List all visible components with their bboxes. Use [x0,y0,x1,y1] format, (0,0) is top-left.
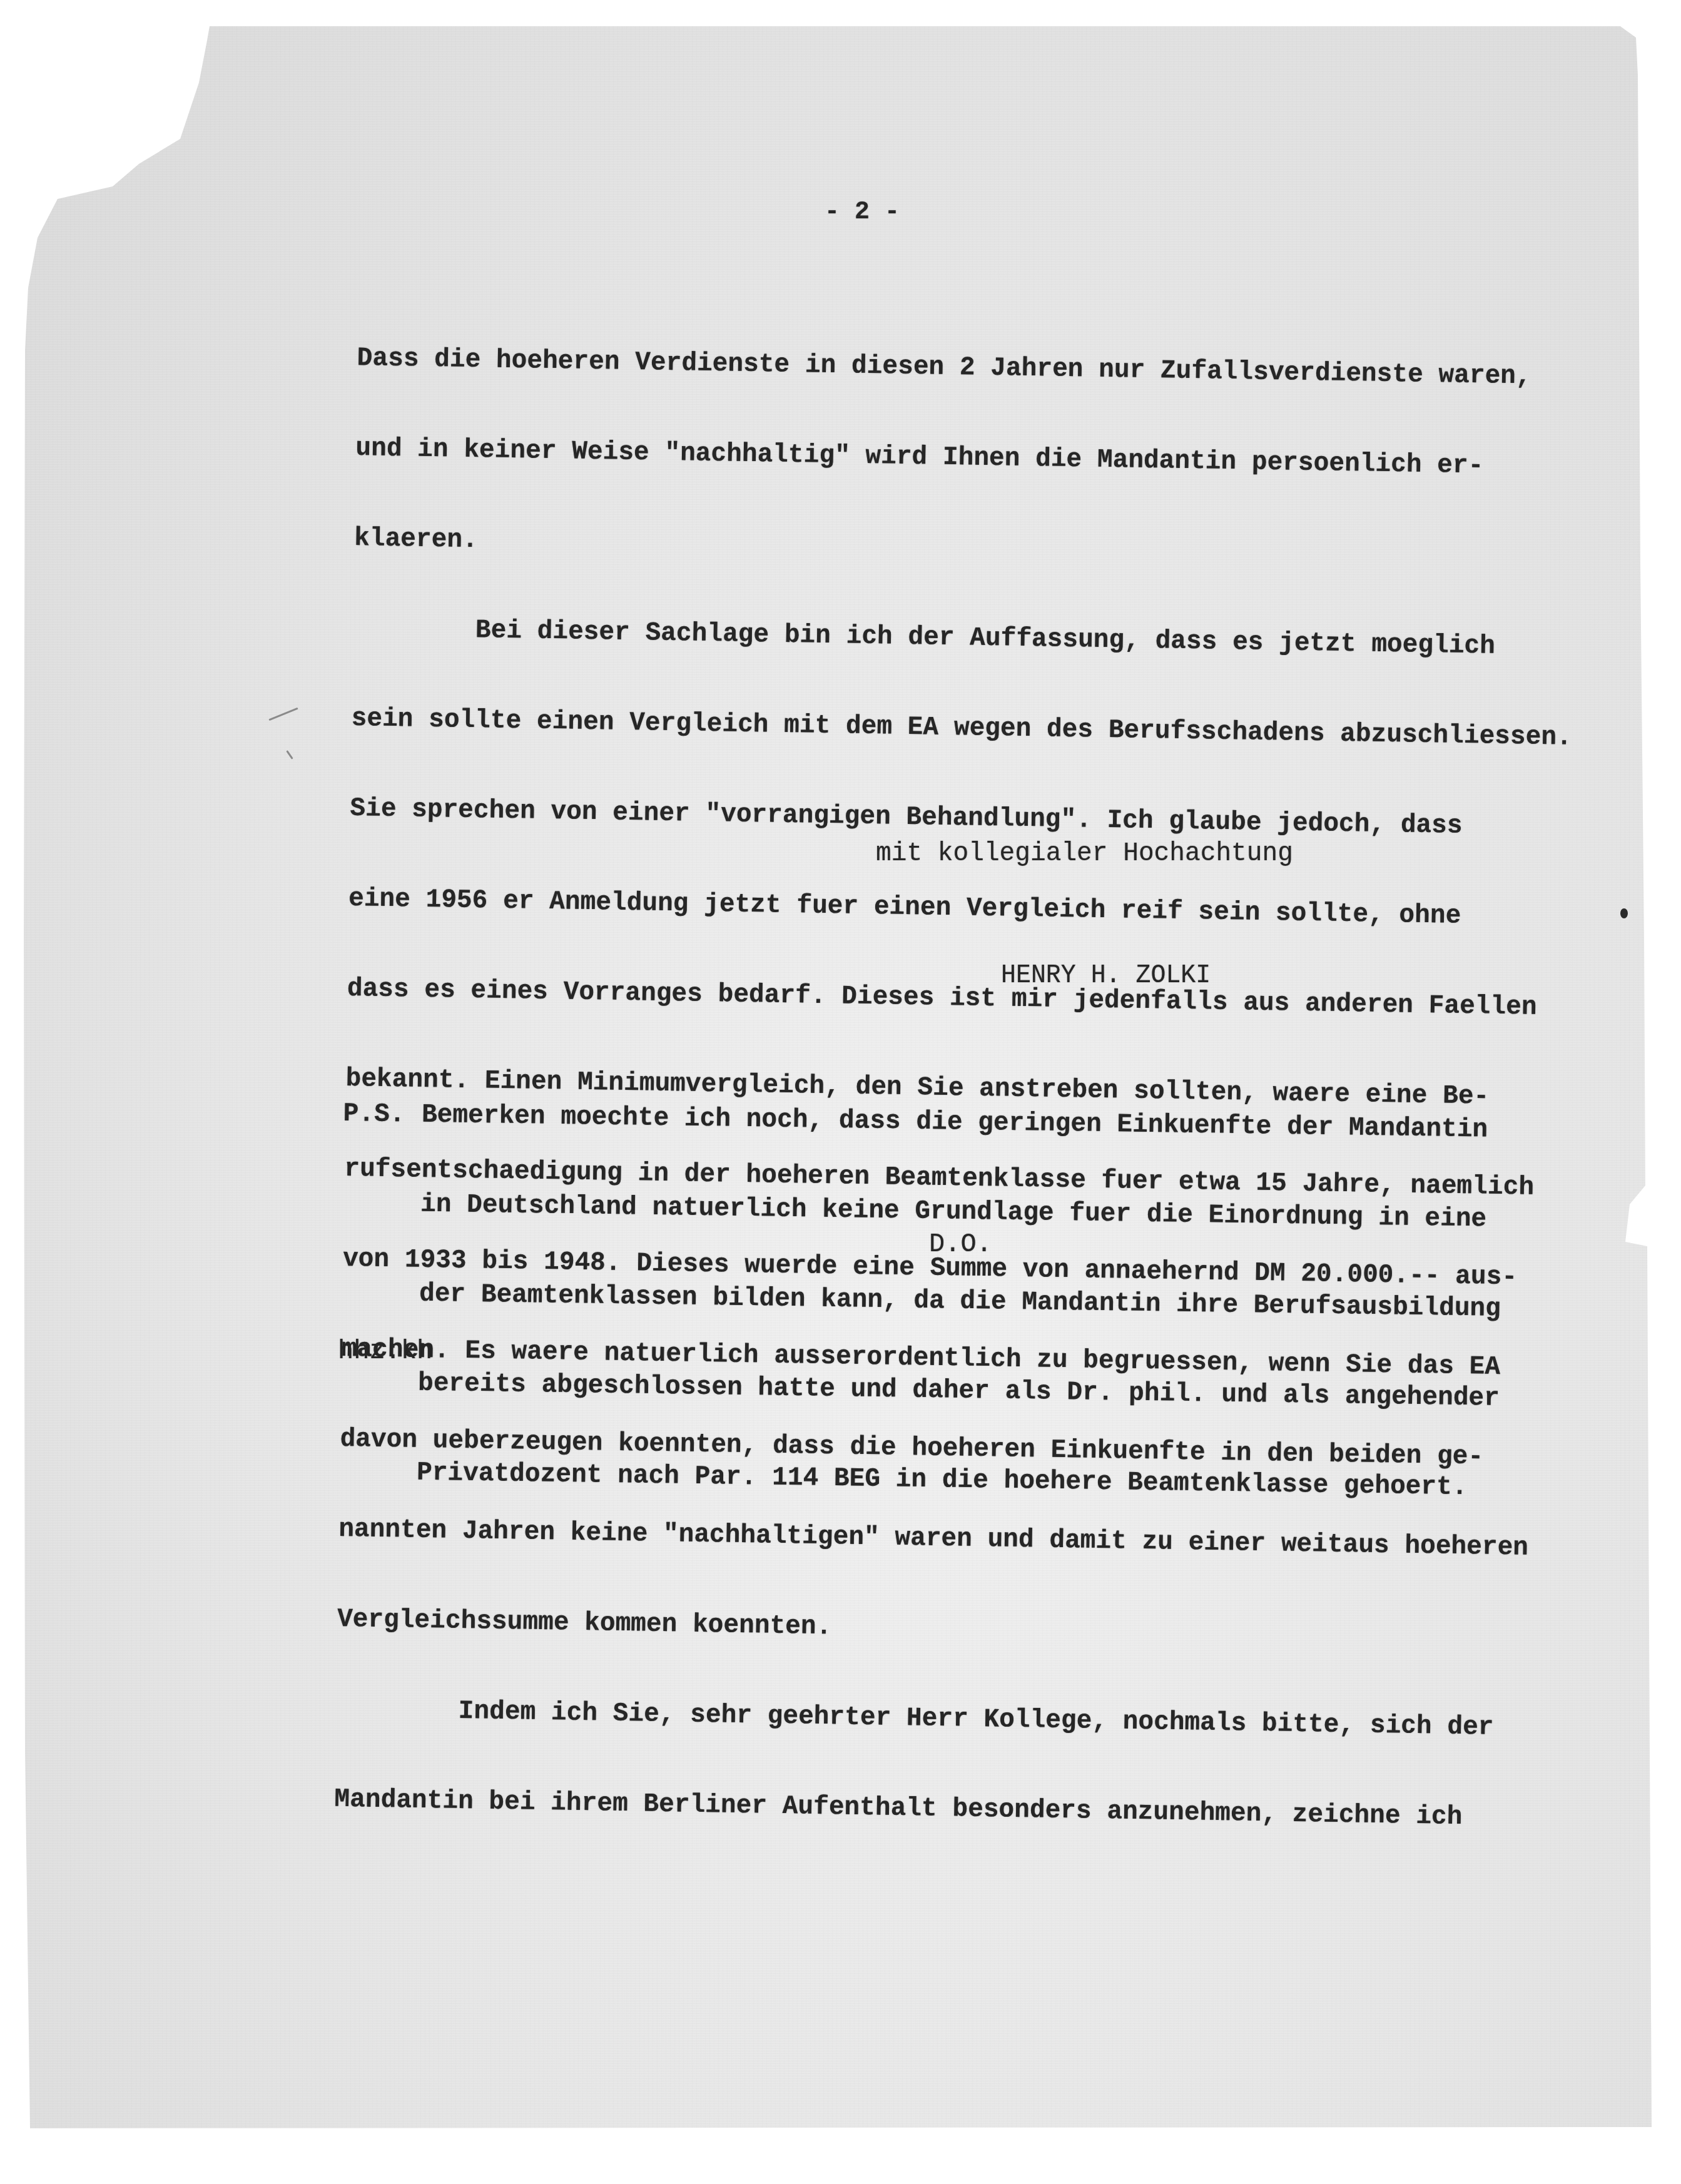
body-line: klaeren. [354,523,1575,572]
dictation-mark: D.O. [929,1229,992,1259]
body-line: und in keiner Weise "nachhaltig" wird Ih… [355,433,1577,482]
postscript-first-line: P.S.Bemerken moechte ich noch, dass die … [343,1099,1503,1144]
paragraph-start-line: Indem ich Sie, sehr geehrter Herr Kolleg… [335,1694,1557,1744]
page-number: - 2 - [825,198,900,228]
body-line: Mandantin bei ihrem Berliner Aufenthalt … [334,1784,1555,1834]
body-line: Sie sprechen von einer "vorrangigen Beha… [350,793,1571,843]
postscript-line: bereits abgeschlossen hatte und daher al… [339,1367,1500,1413]
body-line: Vergleichssumme kommen koennten. [337,1604,1558,1653]
ink-speck [1620,908,1628,918]
signature-name: HENRY H. ZOLKI [1001,960,1211,990]
body-line: Dass die hoeheren Verdienste in diesen 2… [357,343,1578,392]
postscript-line: Bemerken moechte ich noch, dass die geri… [422,1100,1488,1145]
postscript: P.S.Bemerken moechte ich noch, dass die … [338,1039,1505,1532]
reference-initials: hhz:kh [338,1336,432,1366]
paragraph-start-line: Bei dieser Sachlage bin ich der Auffassu… [353,613,1574,663]
postscript-label: P.S. [343,1099,422,1130]
postscript-line: in Deutschland natuerlich keine Grundlag… [342,1188,1502,1234]
postscript-line: Privatdozent nach Par. 114 BEG in die ho… [338,1456,1498,1502]
postscript-line: der Beamtenklassen bilden kann, da die M… [340,1277,1501,1323]
body-line: eine 1956 er Anmeldung jetzt fuer einen … [348,883,1570,933]
body-line: sein sollte einen Vergleich mit dem EA w… [351,703,1572,753]
complimentary-closing: mit kollegialer Hochachtung [876,838,1293,868]
body-line: dass es eines Vorranges bedarf. Dieses i… [347,973,1568,1023]
